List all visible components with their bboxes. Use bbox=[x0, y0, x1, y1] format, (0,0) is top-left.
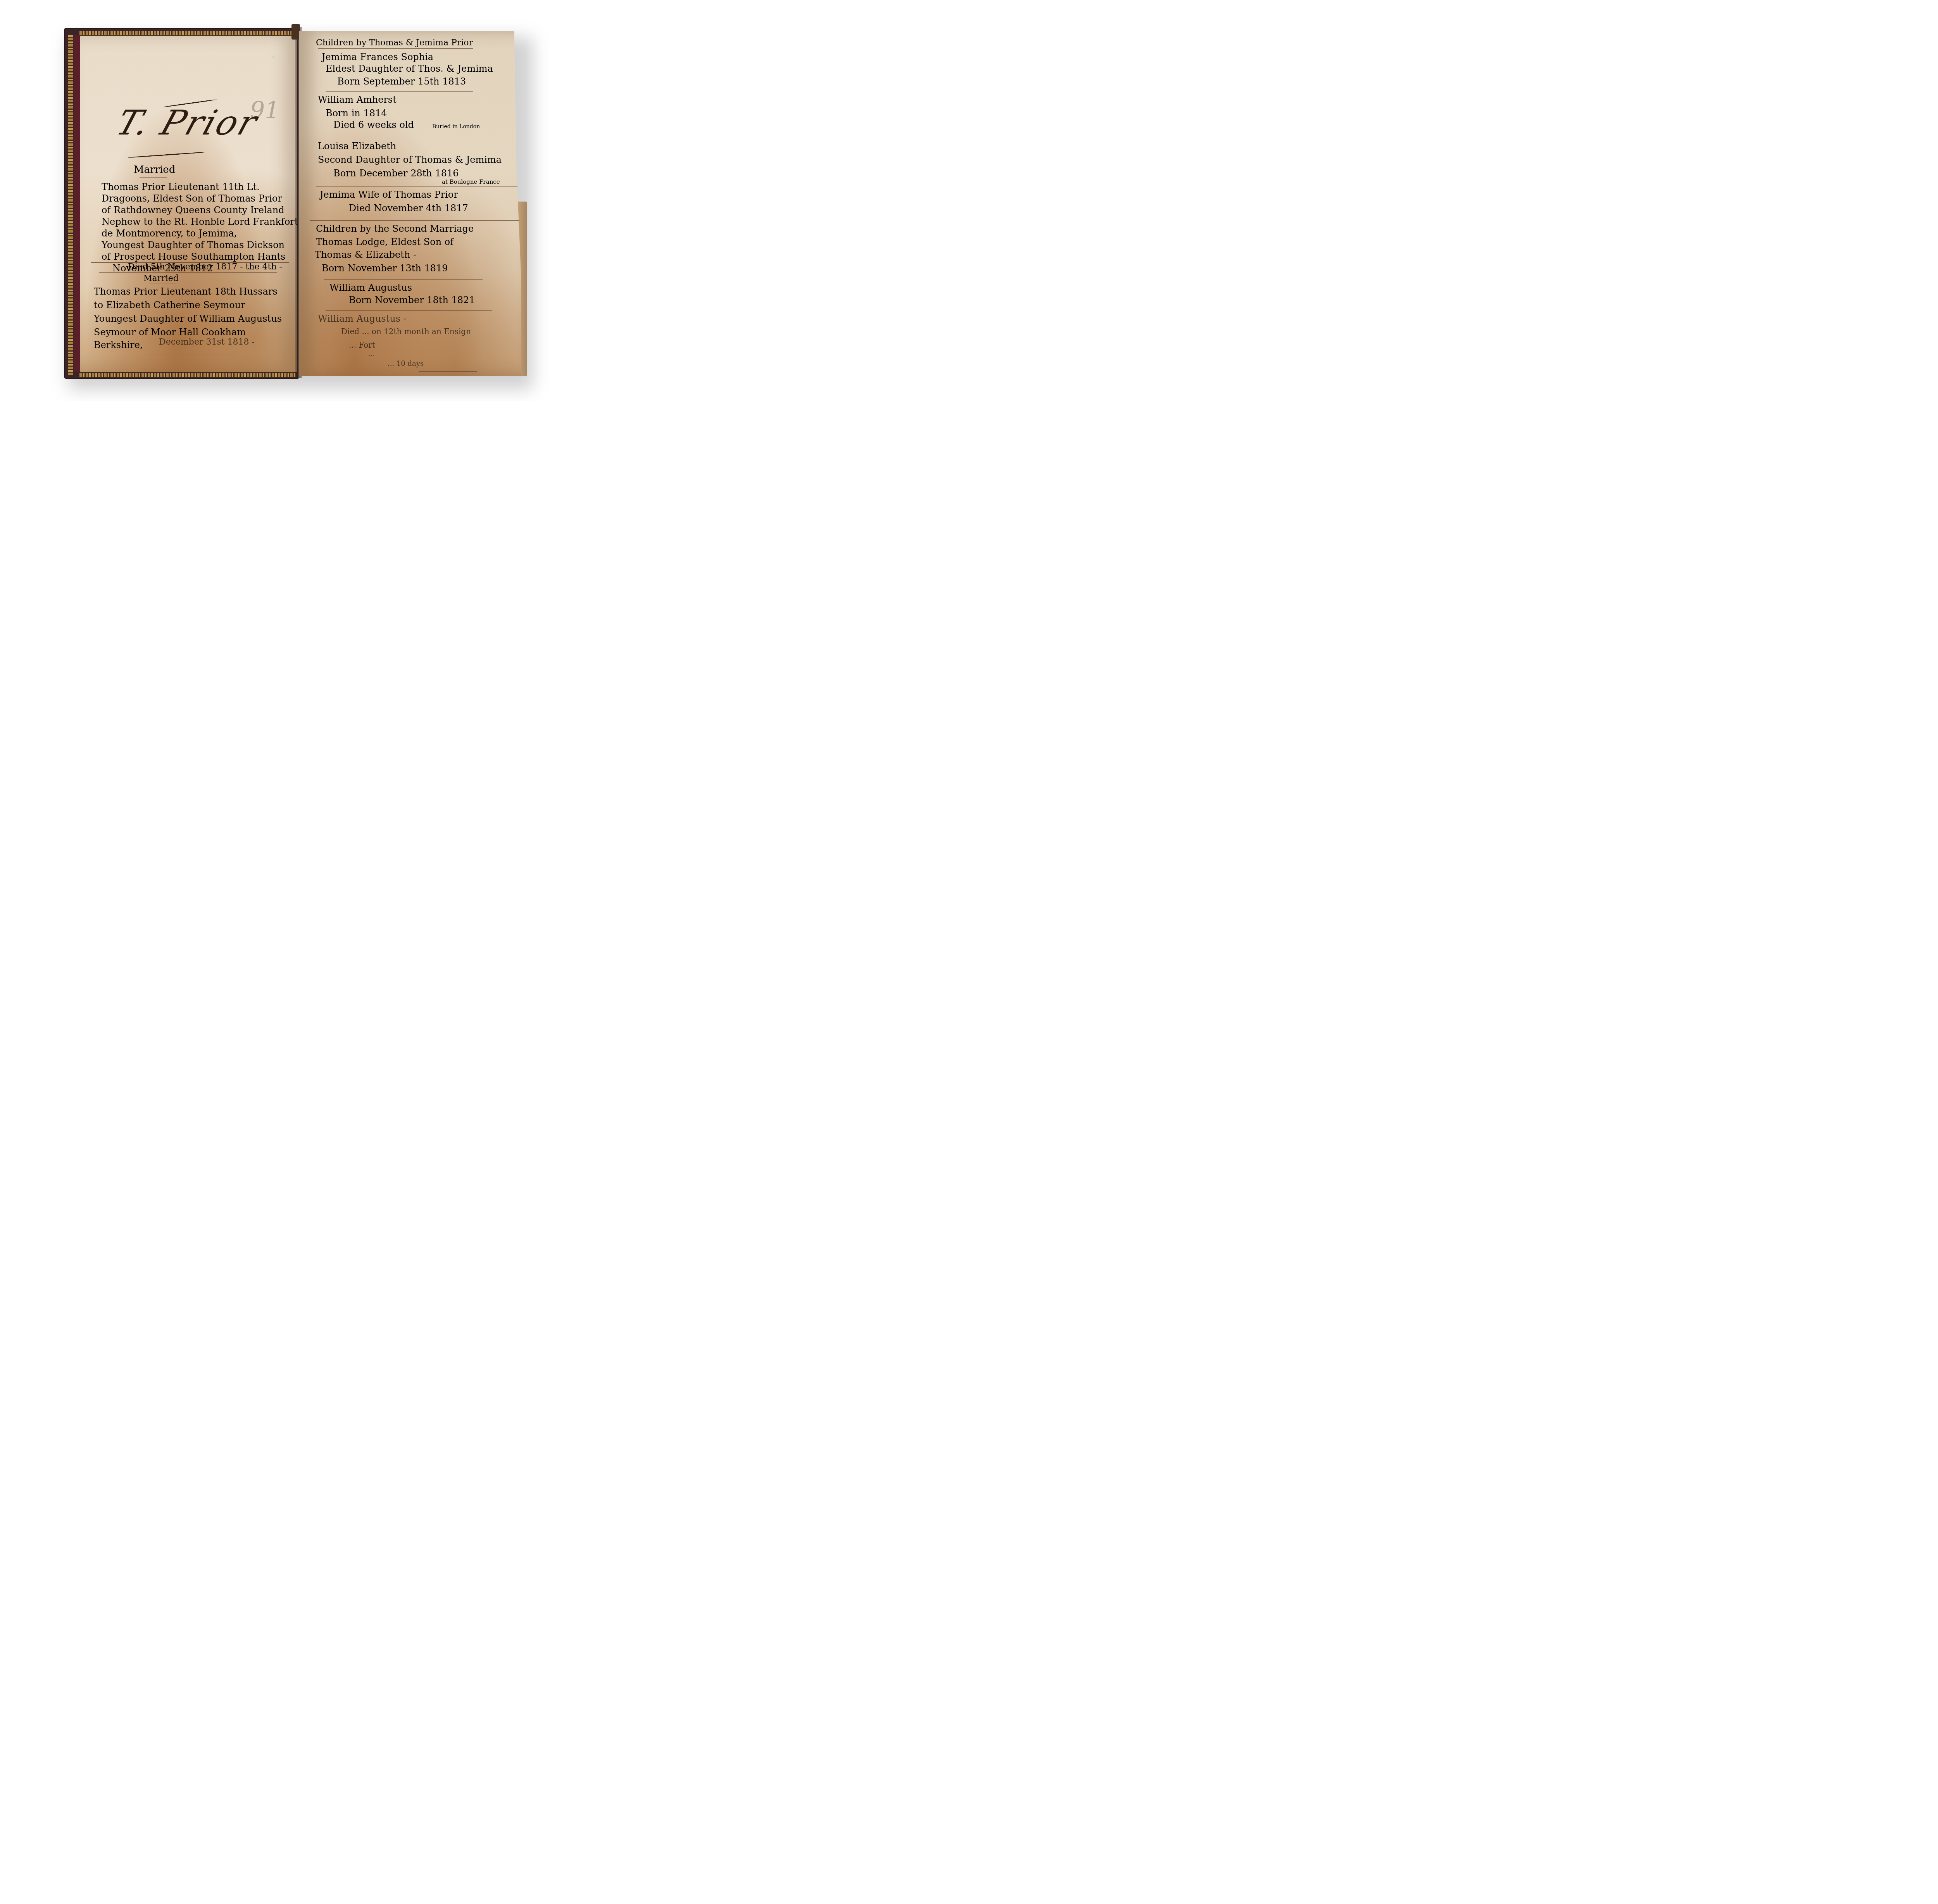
record-line: to Elizabeth Catherine Seymour bbox=[94, 300, 245, 310]
record-line: Died ... on 12th month an Ensign bbox=[341, 328, 471, 335]
signature: T. Prior bbox=[112, 103, 264, 143]
gilt-border-bottom bbox=[79, 373, 297, 377]
gilt-border-top bbox=[79, 31, 297, 35]
binding-inner-edge bbox=[74, 35, 80, 372]
section-heading: Married bbox=[143, 274, 179, 283]
ink-speck: ⁘ bbox=[271, 54, 275, 60]
record-line: William Augustus bbox=[329, 283, 412, 292]
record-date: Born December 28th 1816 bbox=[333, 169, 459, 178]
record-line: Died 6 weeks old bbox=[333, 120, 414, 129]
gilt-border-left bbox=[68, 34, 73, 375]
page-heading: Children by Thomas & Jemima Prior bbox=[316, 39, 473, 47]
record-date: December 31st 1818 - bbox=[159, 338, 255, 347]
record-line: de Montmorency, to Jemima, bbox=[102, 229, 237, 238]
section-rule bbox=[322, 135, 492, 135]
record-date: Born September 15th 1813 bbox=[337, 77, 466, 86]
heading-underline bbox=[140, 178, 167, 178]
record-line: Born in 1814 bbox=[326, 109, 387, 118]
record-line: Seymour of Moor Hall Cookham bbox=[94, 328, 246, 337]
spine-tear bbox=[291, 24, 300, 40]
record-line: Eldest Daughter of Thos. & Jemima bbox=[326, 64, 493, 73]
section-rule bbox=[324, 279, 483, 279]
record-note: Buried in London bbox=[432, 124, 480, 129]
record-line: of Rathdowney Queens County Ireland bbox=[102, 205, 284, 215]
record-note: Died 5th November 1817 - the 4th - bbox=[128, 263, 282, 271]
section-rule bbox=[316, 186, 517, 186]
section-rule bbox=[145, 355, 238, 355]
record-line: Thomas Prior Lieutenant 18th Hussars bbox=[94, 287, 278, 296]
heading-underline bbox=[149, 283, 176, 283]
section-rule bbox=[419, 371, 477, 372]
page-heading: Children by the Second Marriage bbox=[316, 224, 474, 233]
section-rule bbox=[310, 220, 519, 221]
record-date: Died November 4th 1817 bbox=[349, 204, 468, 213]
record-line: Youngest Daughter of William Augustus bbox=[94, 314, 282, 323]
section-rule bbox=[326, 91, 473, 91]
record-line: Thomas Lodge, Eldest Son of bbox=[316, 237, 453, 247]
record-line: Jemima Wife of Thomas Prior bbox=[320, 190, 458, 199]
record-line: Dragoons, Eldest Son of Thomas Prior bbox=[102, 194, 282, 203]
heading-underline bbox=[318, 48, 473, 49]
record-line: ... 10 days bbox=[388, 360, 424, 367]
section-rule bbox=[326, 310, 492, 310]
record-line: William Augustus - bbox=[318, 314, 407, 323]
photo-scene: ⁘ 91 T. Prior Married Thomas Prior Lieut… bbox=[0, 0, 599, 401]
record-date: Born November 13th 1819 bbox=[322, 264, 448, 273]
record-date: Born November 18th 1821 bbox=[349, 295, 475, 305]
record-line: ... bbox=[368, 351, 375, 358]
record-line: Nephew to the Rt. Honble Lord Frankfort bbox=[102, 217, 298, 226]
record-line: William Amherst bbox=[318, 95, 397, 104]
record-note: at Boulogne France bbox=[442, 179, 500, 185]
record-line: of Prospect House Southampton Hants bbox=[102, 252, 285, 261]
record-line: Thomas Prior Lieutenant 11th Lt. bbox=[102, 182, 260, 191]
record-line: Thomas & Elizabeth - bbox=[315, 250, 416, 259]
record-line: ... Fort bbox=[349, 341, 375, 349]
record-line: Youngest Daughter of Thomas Dickson bbox=[102, 240, 284, 250]
record-line: Berkshire, bbox=[94, 340, 143, 350]
record-line: Jemima Frances Sophia bbox=[322, 52, 433, 62]
section-rule bbox=[99, 272, 277, 272]
record-line: Louisa Elizabeth bbox=[318, 141, 396, 151]
record-line: Second Daughter of Thomas & Jemima bbox=[318, 155, 502, 164]
section-heading: Married bbox=[134, 165, 175, 175]
